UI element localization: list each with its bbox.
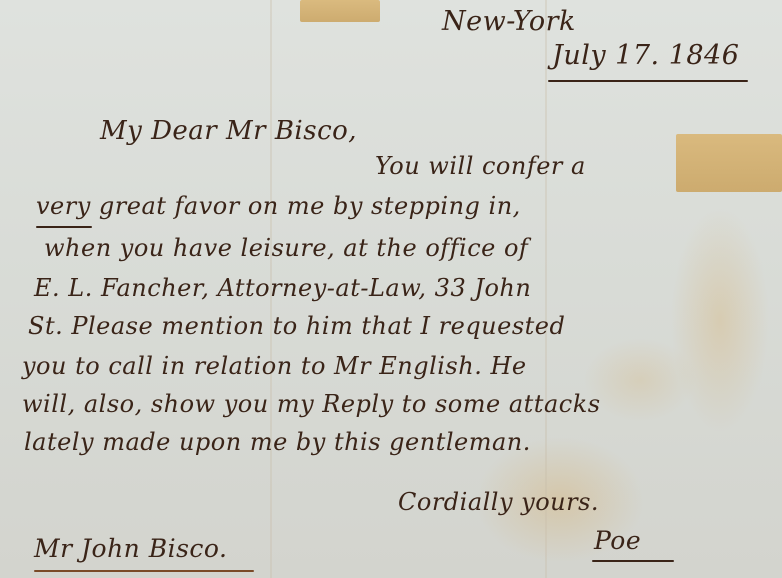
body-line-6: you to call in relation to Mr English. H… (22, 352, 527, 380)
body-line-1: You will confer a (375, 152, 586, 180)
letter-place: New-York (442, 6, 576, 37)
date-underline (548, 80, 748, 82)
body-line-4: E. L. Fancher, Attorney-at-Law, 33 John (34, 274, 531, 302)
letter-date: July 17. 1846 (552, 40, 739, 71)
body-line-2: very great favor on me by stepping in, (36, 192, 521, 220)
letter-addressee: Mr John Bisco. (34, 534, 227, 563)
letter-salutation: My Dear Mr Bisco, (100, 116, 357, 146)
letter-paper: New-York July 17. 1846 My Dear Mr Bisco,… (0, 0, 782, 578)
emphasis-underline (36, 226, 92, 228)
letter-closing: Cordially yours. (398, 488, 599, 516)
body-line-3: when you have leisure, at the office of (44, 234, 528, 262)
letter-signature: Poe (594, 526, 641, 555)
body-line-8: lately made upon me by this gentleman. (24, 428, 531, 456)
tape-stain-top (300, 0, 380, 22)
body-line-5: St. Please mention to him that I request… (28, 312, 565, 340)
tape-stain-right (676, 134, 782, 192)
signature-underline (592, 560, 674, 562)
body-line-7: will, also, show you my Reply to some at… (22, 390, 601, 418)
addressee-underline (34, 570, 254, 572)
